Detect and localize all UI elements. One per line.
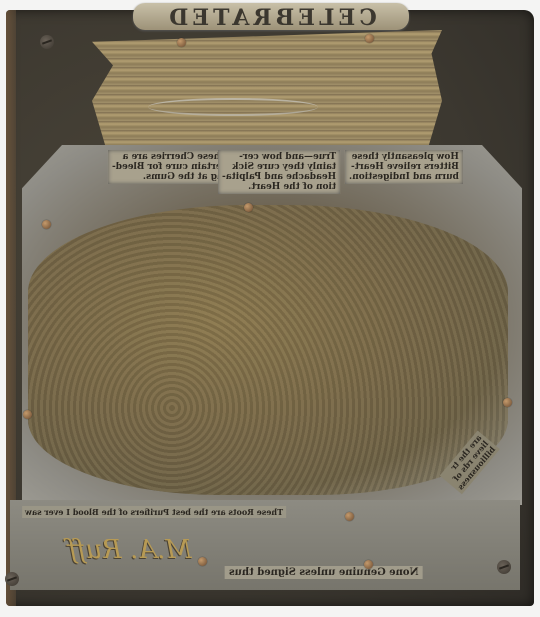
rivet-icon <box>244 203 253 212</box>
rivet-icon <box>503 398 512 407</box>
rivet-icon <box>42 220 51 229</box>
signature: M.A. Ruff <box>12 535 192 571</box>
text-label-headache: True—and how cer- tainly they cure Sick … <box>218 150 340 194</box>
rivet-icon <box>364 560 373 569</box>
none-genuine-text: None Genuine unless Signed thus <box>225 566 423 579</box>
rivet-icon <box>177 38 186 47</box>
engraved-scene <box>28 205 508 495</box>
text-label-heartburn: How pleasantly these Bitters relieve Hea… <box>345 150 463 184</box>
jar-shoulder-line <box>148 98 318 116</box>
rivet-icon <box>345 512 354 521</box>
title-plate: CELEBRATED <box>133 3 409 30</box>
scene-texture <box>28 205 508 495</box>
screw-icon <box>497 560 511 574</box>
screw-icon <box>40 35 54 49</box>
rivet-icon <box>23 410 32 419</box>
bottom-text-line: These Roots are the best Purifiers of th… <box>22 506 286 518</box>
title-text: CELEBRATED <box>133 5 409 31</box>
text-label-cherries: These Cherries are a certain cure for Bl… <box>108 150 231 184</box>
jar-shoulder <box>92 30 442 148</box>
screw-icon <box>5 572 19 586</box>
rivet-icon <box>198 557 207 566</box>
rivet-icon <box>365 34 374 43</box>
